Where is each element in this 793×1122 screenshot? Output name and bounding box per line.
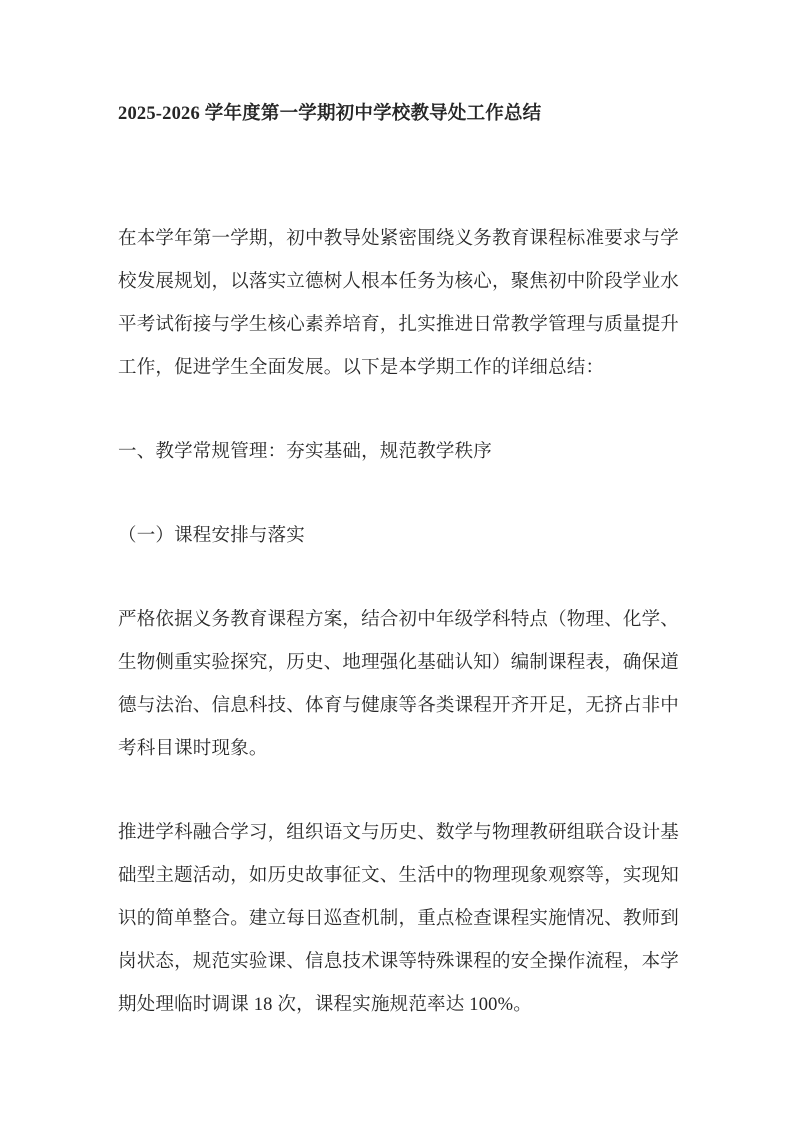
section-1-heading: 一、教学常规管理：夯实基础，规范教学秩序 — [118, 431, 683, 474]
section-1-1-subheading: （一）课程安排与落实 — [118, 515, 683, 558]
paragraph-course-arrangement: 严格依据义务教育课程方案，结合初中年级学科特点（物理、化学、 生物侧重实验探究，… — [118, 599, 683, 771]
paragraph-subject-integration: 推进学科融合学习，组织语文与历史、数学与物理教研组联合设计基 础型主题活动，如历… — [118, 812, 683, 1027]
document-page: 2025-2026 学年度第一学期初中学校教导处工作总结 在本学年第一学期，初中… — [0, 0, 793, 1122]
document-title: 2025-2026 学年度第一学期初中学校教导处工作总结 — [118, 93, 683, 136]
intro-paragraph: 在本学年第一学期，初中教导处紧密围绕义务教育课程标准要求与学 校发展规划，以落实… — [118, 218, 683, 390]
